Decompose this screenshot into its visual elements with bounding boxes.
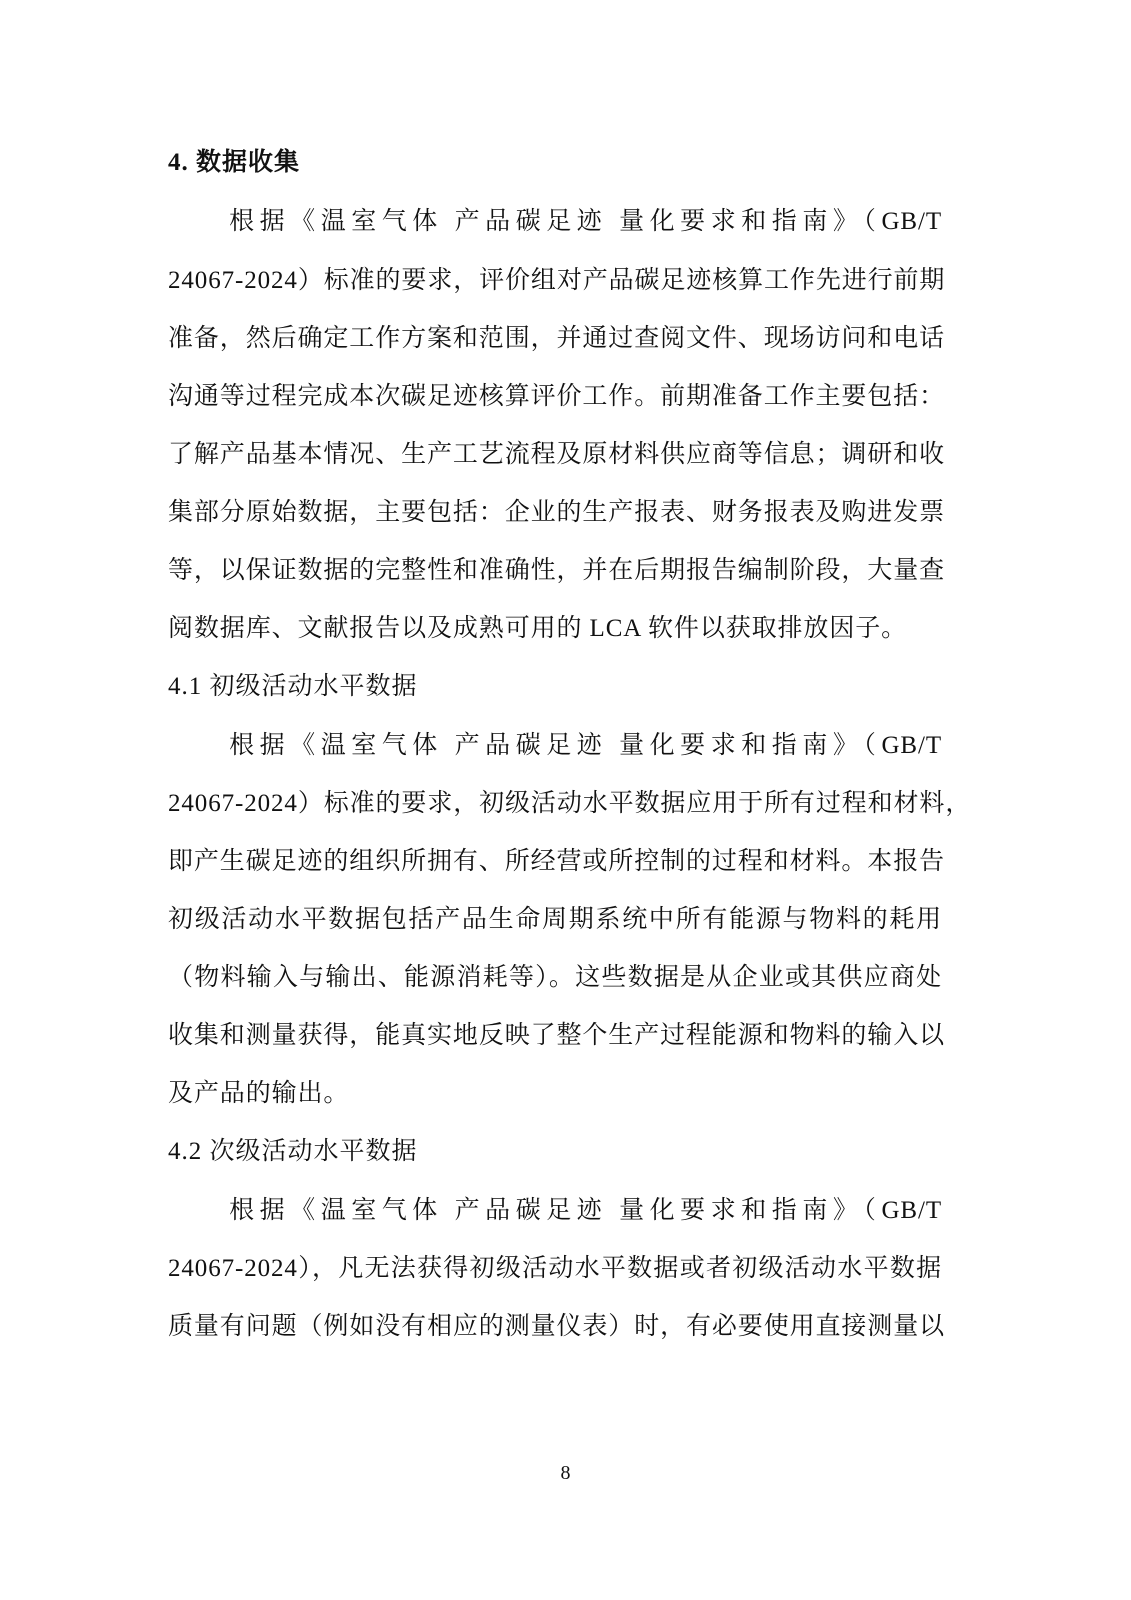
paragraph-line: 24067-2024）标准的要求，评价组对产品碳足迹核算工作先进行前期 — [168, 266, 942, 296]
paragraph-line: 根据《温室气体 产品碳足迹 量化要求和指南》（GB/T — [168, 207, 942, 237]
subsection-heading-secondary-activity-data: 4.2 次级活动水平数据 — [168, 1137, 942, 1167]
paragraph-line: 沟通等过程完成本次碳足迹核算评价工作。前期准备工作主要包括： — [168, 382, 942, 412]
paragraph-line: 24067-2024），凡无法获得初级活动水平数据或者初级活动水平数据 — [168, 1254, 942, 1284]
paragraph-line: 即产生碳足迹的组织所拥有、所经营或所控制的过程和材料。本报告 — [168, 847, 942, 877]
paragraph-line: （物料输入与输出、能源消耗等）。这些数据是从企业或其供应商处 — [168, 963, 942, 993]
paragraph-line: 阅数据库、文献报告以及成熟可用的 LCA 软件以获取排放因子。 — [168, 614, 942, 644]
page-number: 8 — [0, 1462, 1131, 1485]
paragraph-line: 24067-2024）标准的要求，初级活动水平数据应用于所有过程和材料， — [168, 789, 942, 819]
paragraph-line: 质量有问题（例如没有相应的测量仪表）时，有必要使用直接测量以 — [168, 1312, 942, 1342]
document-page: 4. 数据收集 根据《温室气体 产品碳足迹 量化要求和指南》（GB/T 2406… — [0, 0, 1131, 1600]
paragraph-line: 准备，然后确定工作方案和范围，并通过查阅文件、现场访问和电话 — [168, 324, 942, 354]
paragraph-line: 了解产品基本情况、生产工艺流程及原材料供应商等信息；调研和收 — [168, 440, 942, 470]
paragraph-line: 及产品的输出。 — [168, 1079, 942, 1109]
paragraph-line: 等，以保证数据的完整性和准确性，并在后期报告编制阶段，大量查 — [168, 556, 942, 586]
paragraph-line: 收集和测量获得，能真实地反映了整个生产过程能源和物料的输入以 — [168, 1021, 942, 1051]
subsection-heading-primary-activity-data: 4.1 初级活动水平数据 — [168, 672, 942, 702]
paragraph-line: 根据《温室气体 产品碳足迹 量化要求和指南》（GB/T — [168, 731, 942, 761]
paragraph-line: 初级活动水平数据包括产品生命周期系统中所有能源与物料的耗用 — [168, 905, 942, 935]
paragraph-line: 集部分原始数据，主要包括：企业的生产报表、财务报表及购进发票 — [168, 498, 942, 528]
section-heading-data-collection: 4. 数据收集 — [168, 148, 942, 178]
paragraph-line: 根据《温室气体 产品碳足迹 量化要求和指南》（GB/T — [168, 1196, 942, 1226]
